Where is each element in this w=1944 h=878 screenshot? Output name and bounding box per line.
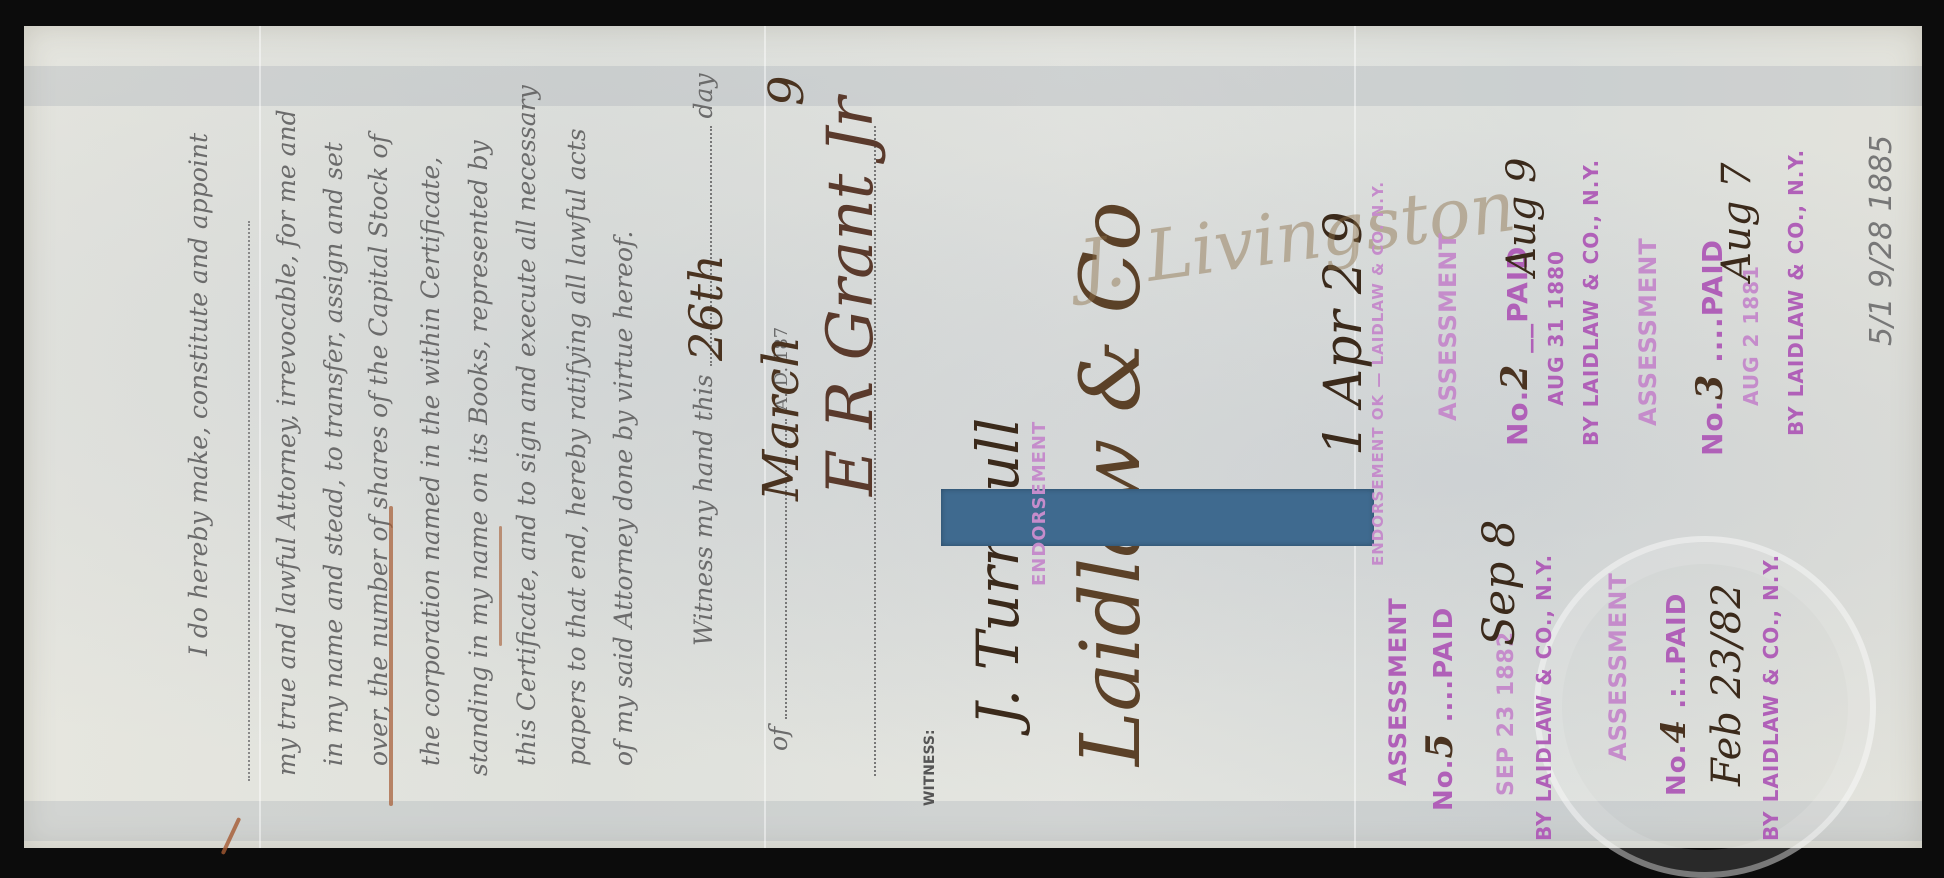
assessment-5-date: SEP 23 1882: [1494, 631, 1519, 796]
form-line-2: my true and lawful Attorney, irrevocable…: [272, 109, 301, 776]
month-prefix: of: [764, 727, 793, 751]
assessment-5-no-label: No.: [1429, 759, 1459, 812]
handwritten-day: 26th: [679, 254, 733, 361]
handwritten-month: March: [752, 336, 810, 501]
assessment-5-status: PAID: [1429, 607, 1459, 679]
assessment-3-handnote: Aug 7: [1714, 163, 1760, 281]
witness-prefix: Witness my hand this: [689, 374, 718, 646]
assessment-2-date: AUG 31 1880: [1544, 250, 1568, 406]
rust-stain: [499, 526, 502, 646]
certificate-back: I do hereby make, constitute and appoint…: [24, 26, 1922, 848]
pencil-notation: 5/1 9/28 1885: [1864, 135, 1899, 346]
rust-stain: [389, 506, 393, 806]
assessment-2-no-label: No.: [1501, 390, 1534, 446]
assessment-5-title: ASSESSMENT: [1384, 597, 1412, 786]
print-bleed-top: [24, 66, 1922, 106]
assessment-4-title: ASSESSMENT: [1604, 572, 1632, 761]
witness-label: WITNESS:: [922, 729, 938, 806]
assessment-3-title: ASSESSMENT: [1634, 237, 1662, 426]
form-line-5: the corporation named in the within Cert…: [416, 157, 445, 766]
assessment-4-by: BY LAIDLAW & CO., N.Y.: [1759, 554, 1783, 841]
assessment-4-no: 4: [1654, 719, 1694, 744]
assessment-3-by: BY LAIDLAW & CO., N.Y.: [1784, 149, 1808, 436]
assessment-2-title: ASSESSMENT: [1434, 232, 1462, 421]
assessment-5-handnote: Sep 8: [1474, 520, 1525, 646]
blue-paper-strip: [941, 489, 1374, 546]
light-endorsement-stamp: ENDORSEMENT OK — LAIDLAW & CO. N.Y.: [1369, 181, 1387, 566]
assessment-5-number: No.5 ....PAID: [1419, 607, 1461, 811]
form-line-3: in my name and stead, to transfer, assig…: [319, 142, 348, 766]
attorney-name-line: [246, 221, 250, 781]
form-line-9: of my said Attorney done by virtue hereo…: [609, 231, 638, 766]
assessment-4-status: PAID: [1662, 593, 1692, 665]
assessment-5-no: 5: [1419, 732, 1461, 758]
grantor-signature: E R Grant Jr: [814, 97, 888, 496]
handwritten-year-digit: 9: [759, 75, 815, 106]
assessment-2-no: 2: [1494, 364, 1536, 390]
assessment-3-date: AUG 2 1881: [1739, 265, 1763, 406]
assessment-3-no-label: No.: [1696, 400, 1729, 456]
assessment-2-by: BY LAIDLAW & CO., N.Y.: [1579, 159, 1603, 446]
assessment-4-no-label: No.: [1662, 744, 1692, 797]
witness-suffix: day: [689, 73, 718, 118]
assessment-4-number: No.4 .:..PAID: [1654, 593, 1694, 796]
endorsed-stamp: ENDORSEMENT: [1029, 421, 1050, 586]
form-line-1: I do hereby make, constitute and appoint: [184, 133, 213, 656]
assessment-3-no: 3: [1689, 374, 1731, 400]
assessment-4-handnote: Feb 23/82: [1704, 583, 1750, 786]
form-line-6: standing in my name on its Books, repres…: [464, 140, 493, 776]
assessment-5-by: BY LAIDLAW & CO., N.Y.: [1532, 554, 1556, 841]
form-line-7: this Certificate, and to sign and execut…: [512, 85, 541, 766]
form-line-8: papers to that end, hereby ratifying all…: [562, 128, 591, 766]
witness-signature: J. Turnbull: [964, 418, 1032, 726]
fold-line: [259, 26, 261, 848]
assessment-2-handnote: Aug 9: [1499, 158, 1545, 276]
